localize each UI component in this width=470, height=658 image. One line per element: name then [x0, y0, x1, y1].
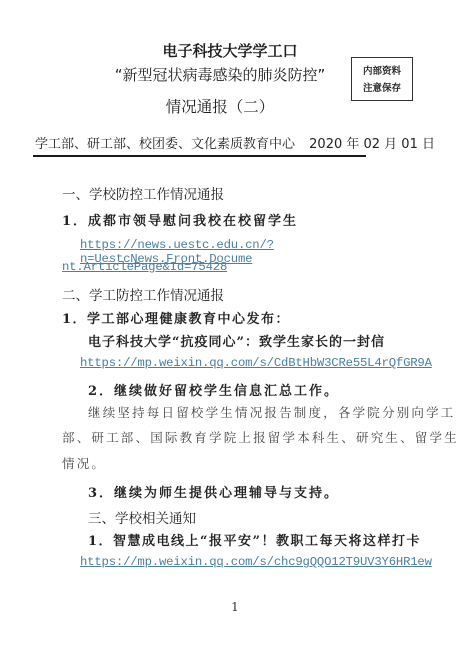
wechat-article-link[interactable]: https://mp.weixin.qq.com/s/CdBtHbW3CRe55… — [80, 356, 440, 370]
item-title: 1．智慧成电线上“报平安”！教职工每天将这样打卡 — [88, 530, 448, 549]
page-number: 1 — [0, 600, 470, 614]
item-title: 3．继续为师生提供心理辅导与支持。 — [88, 482, 448, 501]
stamp-line-1: 内部资料 — [352, 63, 412, 80]
section-heading-1: 一、学校防控工作情况通报 — [62, 183, 422, 203]
header-divider — [33, 155, 366, 157]
paragraph-line: 继续坚持每日留校学生情况报告制度，各学院分别向学工 — [88, 400, 468, 426]
item-subtitle: 电子科技大学“抗疫同心”：致学生家长的一封信 — [88, 331, 448, 350]
issue-date: 2020 年 02 月 01 日 — [309, 133, 435, 152]
item-title: 2．继续做好留校学生信息汇总工作。 — [88, 380, 448, 399]
wechat-article-link[interactable]: https://mp.weixin.qq.com/s/chc9gQQO12T9U… — [80, 555, 440, 569]
section-heading-3: 三、学校相关通知 — [88, 507, 448, 527]
section-heading-2: 二、学工防控工作情况通报 — [62, 284, 422, 304]
stamp-line-2: 注意保存 — [352, 80, 412, 97]
paragraph-line: 部、研工部、国际教育学院上报留学本科生、研究生、留学生 — [62, 425, 462, 451]
paragraph-line: 情况。 — [62, 451, 442, 477]
item-title: 1．学工部心理健康教育中心发布： — [62, 308, 422, 327]
confidential-stamp: 内部资料 注意保存 — [351, 57, 413, 101]
item-title: 1．成都市领导慰问我校在校留学生 — [62, 210, 422, 229]
issuing-departments: 学工部、研工部、校团委、文化素质教育中心 — [35, 133, 295, 152]
news-link-continued[interactable]: nt.ArticlePage&Id=75428 — [62, 260, 422, 274]
